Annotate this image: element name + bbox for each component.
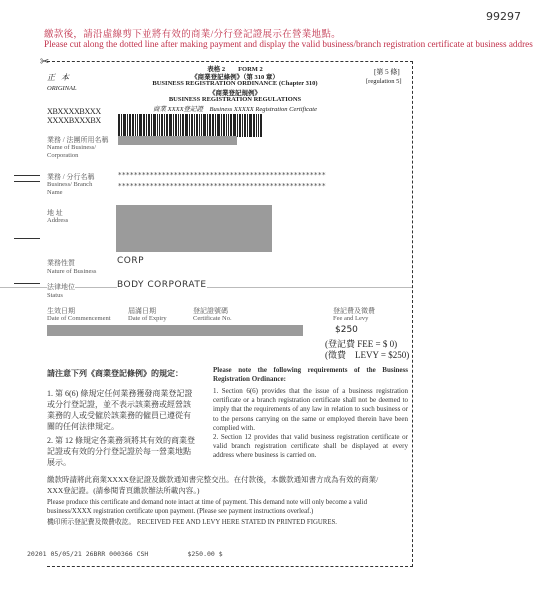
nature-value: CORP [117,256,144,266]
barcode-bar [212,114,214,137]
barcode-bar [127,114,128,137]
footer-zh-line-1: 繳款時請將此商業XXXX登記證及繳款通知書完整交出。在付款後，本繳款通知書方成為… [47,475,378,484]
barcode-bar [151,114,152,137]
barcode-bar [221,114,222,137]
barcode-bar [201,114,202,137]
barcode-bar [123,114,126,137]
nature-label-zh: 業務性質 [47,258,75,268]
barcode-bar [135,114,136,137]
status-label-zh: 法律地位 [47,282,75,292]
nature-label-en: Nature of Business [47,268,96,276]
notes-title-en: Please note the following requirements o… [213,366,408,384]
document-number: 99297 [486,10,521,23]
payment-receipt-stamp: 20201 05/05/21 26BRR 000366 CSH $250.00 … [27,550,223,558]
note-zh-1: 1. 第 6(6) 條規定任何業務獲發商業登記證或分行登記證，並不表示該業務或經… [47,388,197,432]
barcode-bar [139,114,142,137]
barcode-bar [223,114,225,137]
note-en-2: 2. Section 12 provides that valid busine… [213,433,408,461]
status-value: BODY CORPORATE [117,280,207,290]
barcode-bar [191,114,193,137]
barcode-bar [244,114,246,137]
barcode-bar [143,114,145,137]
barcode-bar [199,114,200,137]
branch-name-label-en: Business/ Branch Name [47,181,102,197]
barcode-bar [249,114,252,137]
original-label-zh: 正本 [47,72,75,83]
commencement-label-en: Date of Commencement [47,315,111,323]
barcode-bar [159,114,160,137]
barcode-bar [256,114,257,137]
barcode-bar [228,114,229,137]
scissors-icon: ✂ [40,55,49,68]
barcode-bar [203,114,206,137]
regulation-ref-zh: [第 5 條] [374,67,400,77]
footer-en-line-1: Please produce this certificate and dema… [47,498,367,507]
ordinance-en: BUSINESS REGISTRATION ORDINANCE (Chapter… [120,80,350,87]
regulation-ref-en: [regulation 5] [366,78,402,85]
barcode-bar [169,114,172,137]
cut-notice-en: Please cut along the dotted line after m… [44,39,533,49]
original-label-en: ORIGINAL [47,85,77,92]
barcode-bar [253,114,255,137]
barcode-bar [137,114,138,137]
margin-mark [14,181,40,182]
barcode-bar [185,114,188,137]
address-redacted [116,205,272,252]
certificate-code-2: XXXXBXXXBX [47,116,101,125]
barcode-bar [247,114,248,137]
margin-mark [14,175,40,176]
barcode-bar [164,114,165,137]
barcode-bar [118,114,120,137]
branch-name-line-1: ****************************************… [118,171,326,179]
barcode-bar [237,114,238,137]
barcode-bar [233,114,236,137]
margin-mark [14,238,40,239]
received-statement: 機印所示登記費及徵費收訖。 RECEIVED FEE AND LEVY HERE… [47,518,337,527]
fee-levy-label-en: Fee and Levy [333,315,368,323]
barcode-bar [132,114,134,137]
regulations-en: BUSINESS REGISTRATION REGULATIONS [120,96,350,103]
barcode-bar [178,114,179,137]
barcode-bar [146,114,147,137]
certificate-title: 商業 XXXX登記證 Business XXXXX Registration C… [120,104,350,113]
expiry-label-en: Date of Expiry [128,315,167,323]
barcode-bar [157,114,158,137]
barcode-bar [129,114,131,137]
levy-line: (徵費 LEVY = $250) [325,348,409,361]
barcode-bar [260,114,262,137]
barcode-bar [258,114,259,137]
dates-redacted [47,325,303,336]
barcode-bar [239,114,241,137]
barcode-bar [180,114,181,137]
barcode-bar [230,114,232,137]
note-en-1: 1. Section 6(6) provides that the issue … [213,387,408,433]
barcode-bar [121,114,122,137]
barcode-bar [153,114,156,137]
certificate-no-label-en: Certificate No. [193,315,232,323]
certificate-code-1: XBXXXXBXXX [47,107,101,116]
branch-name-line-2: ****************************************… [118,182,326,190]
address-label-en: Address [47,217,68,225]
barcode [118,114,308,137]
footer-en-line-2: business/XXXX registration certificate u… [47,507,313,516]
barcode-bar [217,114,220,137]
cut-notice-zh: 繳款後，請沿虛線剪下並將有效的商業/分行登記證展示在營業地點。 [44,26,341,40]
barcode-bar [189,114,190,137]
status-label-en: Status [47,292,63,300]
barcode-bar [182,114,184,137]
barcode-bar [175,114,177,137]
barcode-bar [226,114,227,137]
barcode-bar [148,114,150,137]
barcode-bar [196,114,198,137]
barcode-bar [166,114,168,137]
note-zh-2: 2. 第 12 條規定各業務須將其有效的商業登記證或有效的分行登記證於每一營業地… [47,435,197,468]
barcode-bar [209,114,211,137]
barcode-bar [161,114,163,137]
barcode-bar [242,114,243,137]
barcode-bar [194,114,195,137]
notes-title-zh: 請注意下列《商業登記條例》的規定： [47,368,183,379]
business-name-redacted [118,136,237,145]
margin-mark [14,283,40,284]
barcode-bar [173,114,174,137]
footer-zh-line-2: XXX登記證。(請參閱背頁繳款辦法所載內容。) [47,486,200,495]
barcode-bar [207,114,208,137]
fee-levy-total: $250 [335,325,358,335]
barcode-bar [215,114,216,137]
business-name-label-en: Name of Business/ Corporation [47,144,112,160]
